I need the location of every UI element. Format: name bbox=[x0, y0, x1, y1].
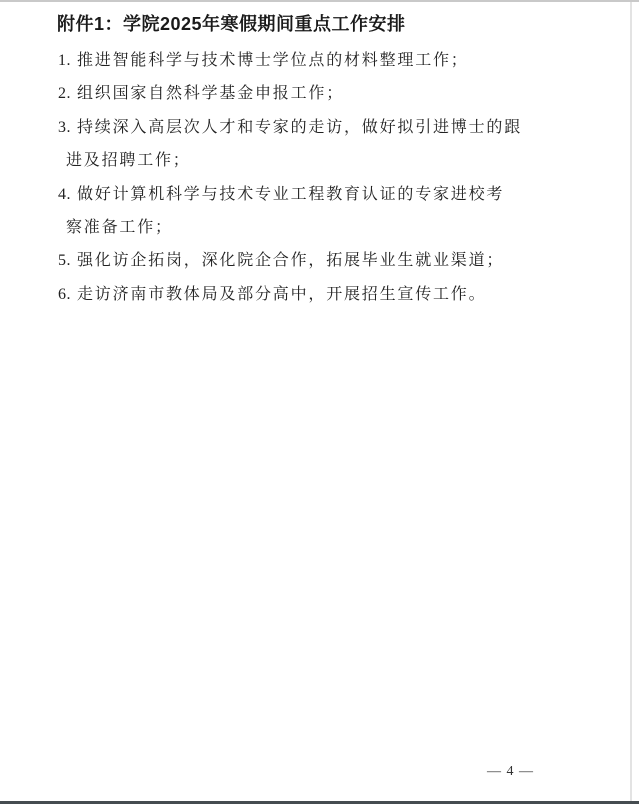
page-number: — 4 — bbox=[487, 762, 534, 782]
item-number: 1. bbox=[58, 44, 71, 77]
item-line: 4.做好计算机科学与技术专业工程教育认证的专家进校考 bbox=[0, 178, 639, 211]
item-text: 走访济南市教体局及部分高中，开展招生宣传工作。 bbox=[77, 286, 486, 303]
item-line: 1.推进智能科学与技术博士学位点的材料整理工作； bbox=[0, 44, 639, 77]
item-line: 6.走访济南市教体局及部分高中，开展招生宣传工作。 bbox=[0, 278, 639, 311]
list-item: 1.推进智能科学与技术博士学位点的材料整理工作； bbox=[0, 44, 639, 77]
list-item: 4.做好计算机科学与技术专业工程教育认证的专家进校考 察准备工作； bbox=[0, 178, 639, 245]
list-item: 2.组织国家自然科学基金申报工作； bbox=[0, 77, 639, 110]
item-number: 5. bbox=[58, 244, 71, 277]
item-number: 3. bbox=[58, 111, 71, 144]
item-text-continuation: 察准备工作； bbox=[0, 211, 639, 244]
item-text: 做好计算机科学与技术专业工程教育认证的专家进校考 bbox=[77, 186, 504, 203]
list-item: 5.强化访企拓岗，深化院企合作，拓展毕业生就业渠道； bbox=[0, 244, 639, 277]
work-item-list: 1.推进智能科学与技术博士学位点的材料整理工作； 2.组织国家自然科学基金申报工… bbox=[0, 44, 639, 311]
item-text: 推进智能科学与技术博士学位点的材料整理工作； bbox=[77, 52, 469, 69]
item-line: 3.持续深入高层次人才和专家的走访，做好拟引进博士的跟 bbox=[0, 111, 639, 144]
item-line: 5.强化访企拓岗，深化院企合作，拓展毕业生就业渠道； bbox=[0, 244, 639, 277]
attachment-title: 附件1：学院2025年寒假期间重点工作安排 bbox=[57, 12, 406, 36]
page-top-edge-line bbox=[0, 0, 639, 2]
item-text: 组织国家自然科学基金申报工作； bbox=[77, 85, 344, 102]
document-page: 附件1：学院2025年寒假期间重点工作安排 1.推进智能科学与技术博士学位点的材… bbox=[0, 0, 639, 804]
item-number: 2. bbox=[58, 77, 71, 110]
list-item: 6.走访济南市教体局及部分高中，开展招生宣传工作。 bbox=[0, 278, 639, 311]
item-number: 4. bbox=[58, 178, 71, 211]
item-text: 强化访企拓岗，深化院企合作，拓展毕业生就业渠道； bbox=[77, 252, 504, 269]
list-item: 3.持续深入高层次人才和专家的走访，做好拟引进博士的跟 进及招聘工作； bbox=[0, 111, 639, 178]
item-line: 2.组织国家自然科学基金申报工作； bbox=[0, 77, 639, 110]
item-text-continuation: 进及招聘工作； bbox=[0, 144, 639, 177]
item-number: 6. bbox=[58, 278, 71, 311]
item-text: 持续深入高层次人才和专家的走访，做好拟引进博士的跟 bbox=[77, 119, 522, 136]
